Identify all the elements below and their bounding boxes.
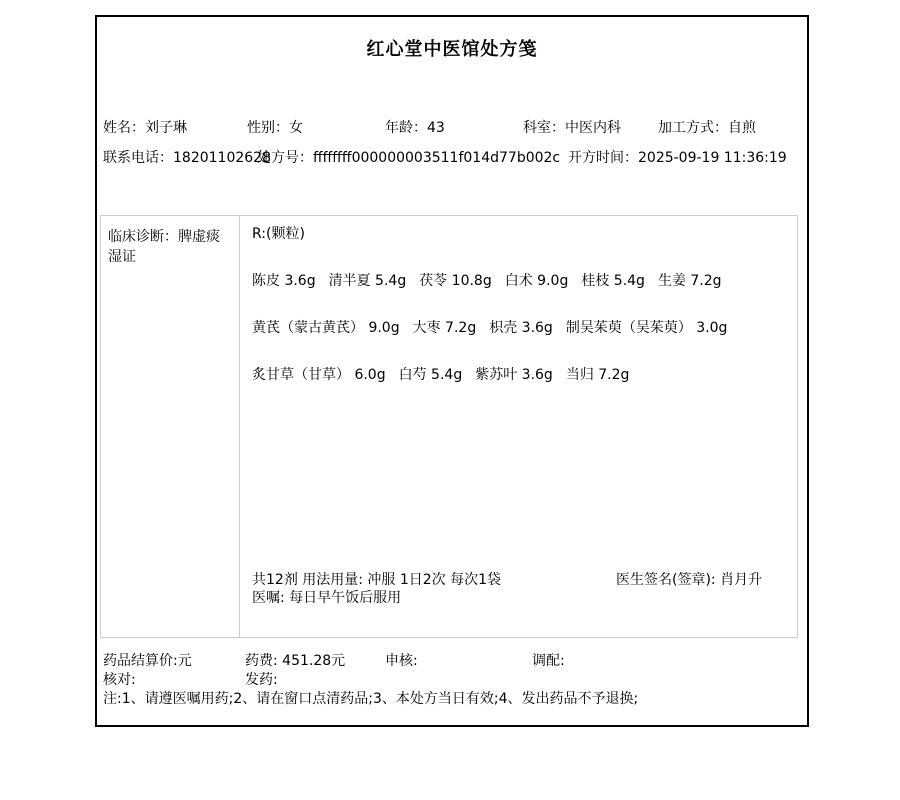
herb-item: 白芍 5.4g: [399, 367, 463, 383]
processing-method-label: 加工方式：: [658, 120, 728, 136]
processing-method-field: 加工方式：自煎: [658, 117, 756, 137]
prescription-number-label: 处方号：: [257, 150, 313, 166]
usage-row: 共12剂 用法用量: 冲服 1日2次 每次1袋 医生签名(签章): 肖月升: [252, 571, 787, 589]
patient-gender-value: 女: [289, 120, 303, 136]
clinical-diagnosis-label: 临床诊断：: [108, 229, 178, 245]
prescribe-time-field: 开方时间：2025-09-19 11:36:19: [568, 147, 787, 167]
clinical-diagnosis-cell: 临床诊断：脾虚痰湿证: [101, 216, 240, 637]
prescription-number-value: ffffffff000000003511f014d77b002c: [313, 150, 560, 166]
herb-item: 清半夏 5.4g: [329, 273, 407, 289]
patient-age-value: 43: [427, 120, 445, 136]
rx-spacer: [252, 384, 787, 571]
rx-content-cell: R:(颗粒) 陈皮 3.6g清半夏 5.4g茯苓 10.8g白术 9.0g桂枝 …: [240, 216, 797, 637]
herb-item: 陈皮 3.6g: [252, 273, 316, 289]
prescribe-time-value: 2025-09-19 11:36:19: [638, 150, 787, 166]
usage-block: 共12剂 用法用量: 冲服 1日2次 每次1袋 医生签名(签章): 肖月升 医嘱…: [252, 571, 787, 607]
prescription-sheet: 红心堂中医馆处方笺 姓名：刘子琳 性别：女 年龄：43 科室：中医内科 加工方式…: [95, 15, 809, 727]
patient-age-field: 年龄：43: [385, 117, 445, 137]
herb-lines: 陈皮 3.6g清半夏 5.4g茯苓 10.8g白术 9.0g桂枝 5.4g生姜 …: [252, 243, 787, 384]
department-label: 科室：: [523, 120, 565, 136]
herb-item: 桂枝 5.4g: [581, 273, 645, 289]
herb-item: 制吴茱萸（吴茱萸） 3.0g: [566, 320, 728, 336]
processing-method-value: 自煎: [728, 120, 756, 136]
patient-name-value: 刘子琳: [145, 120, 187, 136]
herb-item: 大枣 7.2g: [413, 320, 477, 336]
prescribe-time-label: 开方时间：: [568, 150, 638, 166]
herb-item: 生姜 7.2g: [658, 273, 722, 289]
prescription-table: 临床诊断：脾虚痰湿证 R:(颗粒) 陈皮 3.6g清半夏 5.4g茯苓 10.8…: [100, 215, 798, 638]
herb-line: 黄芪（蒙古黄芪） 9.0g大枣 7.2g枳壳 3.6g制吴茱萸（吴茱萸） 3.0…: [252, 320, 787, 337]
herb-item: 炙甘草（甘草） 6.0g: [252, 367, 386, 383]
herb-line: 炙甘草（甘草） 6.0g白芍 5.4g紫苏叶 3.6g当归 7.2g: [252, 367, 787, 384]
department-field: 科室：中医内科: [523, 117, 621, 137]
department-value: 中医内科: [565, 120, 621, 136]
herb-item: 枳壳 3.6g: [489, 320, 553, 336]
phone-label: 联系电话：: [103, 150, 173, 166]
patient-age-label: 年龄：: [385, 120, 427, 136]
total-and-usage: 共12剂 用法用量: 冲服 1日2次 每次1袋: [252, 572, 501, 588]
page-title: 红心堂中医馆处方笺: [97, 35, 807, 61]
check-field: 核对:: [103, 669, 136, 689]
review-field: 申核:: [385, 650, 418, 670]
drug-fee-label: 药费:: [245, 653, 282, 669]
doctor-signature: 医生签名(签章): 肖月升: [616, 571, 762, 589]
phone-field: 联系电话：18201102628: [103, 147, 271, 167]
patient-gender-field: 性别：女: [247, 117, 303, 137]
footer-note: 注:1、请遵医嘱用药;2、请在窗口点清药品;3、本处方当日有效;4、发出药品不予…: [103, 688, 638, 708]
doctor-signature-label: 医生签名(签章):: [616, 572, 720, 588]
herb-line: 陈皮 3.6g清半夏 5.4g茯苓 10.8g白术 9.0g桂枝 5.4g生姜 …: [252, 273, 787, 290]
herb-item: 白术 9.0g: [505, 273, 569, 289]
herb-item: 紫苏叶 3.6g: [475, 367, 553, 383]
prescription-number-field: 处方号：ffffffff000000003511f014d77b002c: [257, 147, 560, 167]
herb-item: 茯苓 10.8g: [419, 273, 492, 289]
settlement-price-field: 药品结算价:元: [103, 650, 192, 670]
dispense-field: 调配:: [532, 650, 565, 670]
patient-name-label: 姓名：: [103, 120, 145, 136]
rp-header: R:(颗粒): [252, 225, 787, 243]
doctor-advice: 医嘱: 每日早午饭后服用: [252, 589, 787, 607]
drug-fee-value: 451.28元: [282, 653, 345, 669]
doctor-signature-value: 肖月升: [720, 572, 762, 588]
settlement-price-label: 药品结算价:: [103, 653, 178, 669]
patient-gender-label: 性别：: [247, 120, 289, 136]
drug-fee-field: 药费: 451.28元: [245, 650, 345, 670]
patient-name-field: 姓名：刘子琳: [103, 117, 187, 137]
herb-item: 黄芪（蒙古黄芪） 9.0g: [252, 320, 400, 336]
issue-field: 发药:: [245, 669, 278, 689]
settlement-price-value: 元: [178, 653, 192, 669]
herb-item: 当归 7.2g: [566, 367, 630, 383]
